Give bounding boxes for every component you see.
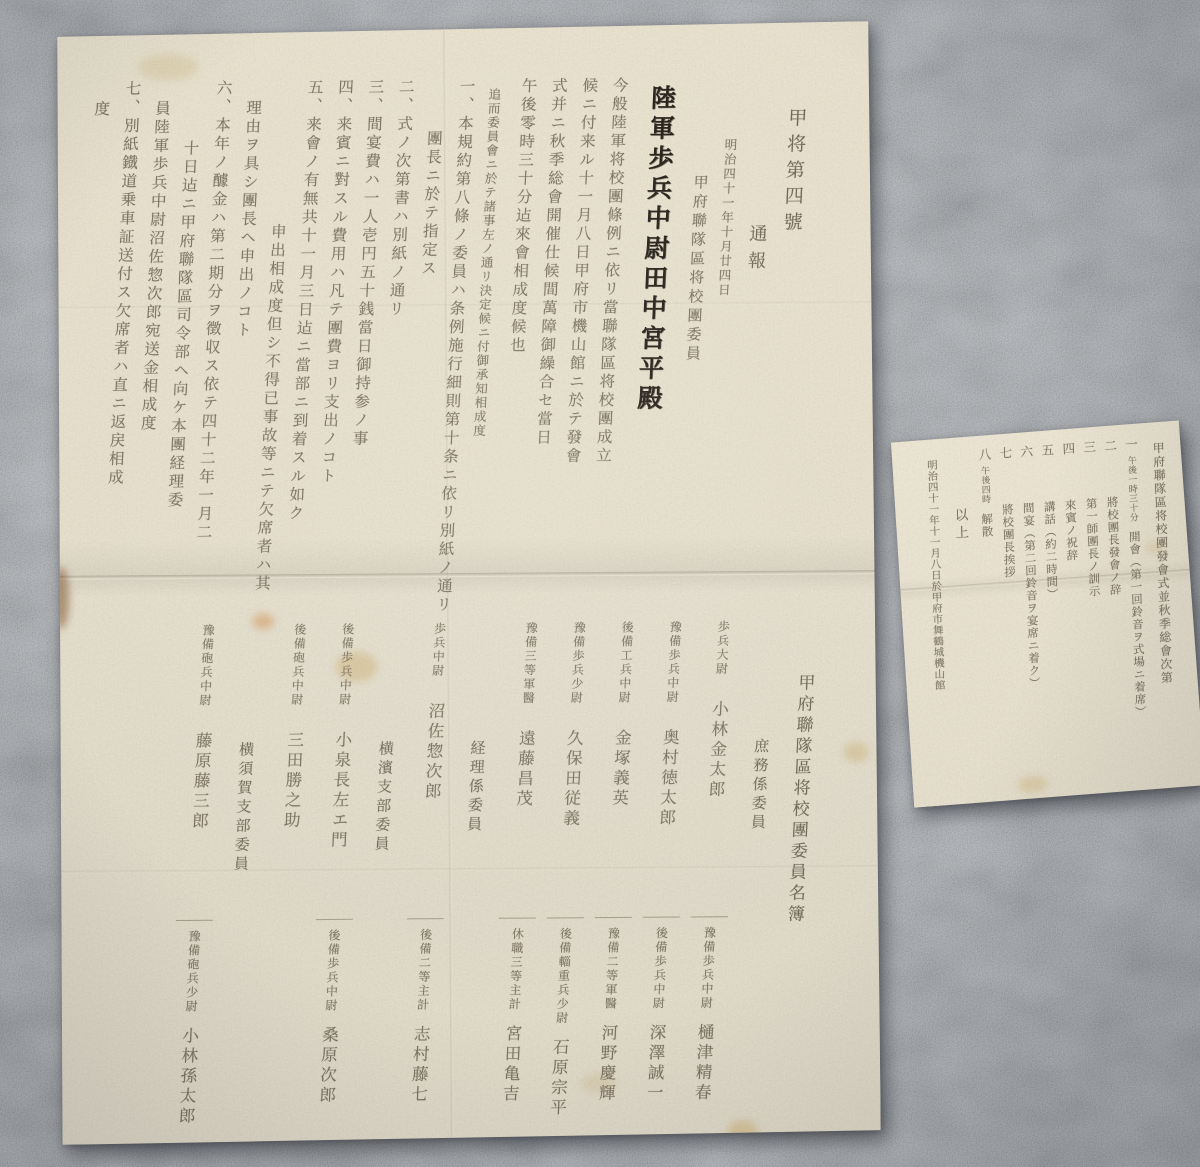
roster-entry: 後備砲兵中尉 三田勝之助 [267, 623, 317, 919]
member-name: 奥村徳太郎 [655, 729, 679, 829]
large-doc-lower-half: 甲府聯隊區将校團委員名簿 庶務係委員 歩兵大尉 小林金太郎 豫備歩兵中尉 樋津精… [57, 599, 881, 1145]
doc-date: 明治四十一年十月廿四日 [715, 72, 741, 298]
postscript-note: 追而委員會ニ於テ諸事左ノ通リ決定候ニ付御承知相成度 [471, 74, 503, 438]
roster-member: 歩兵中尉 沼佐惣次郎 [407, 622, 457, 918]
member-name: 桑原次郎 [315, 1026, 338, 1106]
item-text: 第一師團長ノ訓示 [1084, 497, 1101, 598]
section-header-accounting: 経理係委員 [464, 622, 492, 835]
item-number: 七 [996, 446, 1014, 460]
roster-member: 後備工兵中尉 金塚義英 [595, 621, 645, 917]
member-rank: 豫備砲兵中尉 [197, 624, 215, 708]
member-rank: 豫備二等軍醫 [602, 927, 620, 1011]
member-name: 沼佐惣次郎 [421, 702, 445, 802]
item-number: 五 [1038, 443, 1056, 457]
member-name: 三田勝之助 [280, 731, 304, 831]
item-text: 將校團長發會ノ辞 [1105, 495, 1122, 596]
roster-member: 歩兵大尉 小林金太郎 [691, 620, 741, 916]
program-item: 二 將校團長發會ノ辞 [1102, 439, 1122, 597]
program-item: 五 講話（約二時間） [1039, 443, 1059, 601]
small-document: 甲府聯隊區将校團發會式並秋季総會次第 一 午後一時三十分 開會（第一回鈴音ヲ式場… [889, 420, 1200, 807]
member-name: 藤原藤三郎 [188, 732, 212, 832]
roster-entry: 歩兵大尉 小林金太郎 豫備歩兵中尉 樋津精春 [682, 620, 741, 1103]
member-rank: 歩兵中尉 [430, 622, 446, 678]
roster-member: 豫備歩兵中尉 奥村徳太郎 [643, 620, 693, 916]
item-5-cont2: 理由ヲ具シ團長ヘ申出ノコト [232, 75, 263, 340]
program-closing: 以上 [948, 449, 968, 543]
roster-entry: 後備歩兵中尉 小泉長左エ門 後備歩兵中尉 桑原次郎 [307, 623, 366, 1106]
doc-addressee: 陸軍歩兵中尉田中宮平殿 [631, 73, 679, 415]
program-item: 一 午後一時三十分 開會（第一回鈴音ヲ式場ニ着席） [1123, 437, 1148, 719]
item-2: 二、式ノ次第書ハ別紙ノ通リ [385, 74, 415, 319]
doc-sender: 甲府聯隊區将校團委員 [683, 72, 715, 364]
member-name: 小林金太郎 [705, 700, 729, 800]
large-doc-upper-half: 甲将第四號 通報 明治四十一年十月廿四日 甲府聯隊區将校團委員 陸軍歩兵中尉田中… [53, 43, 877, 622]
roster-member: 豫備二等軍醫 河野慶輝 [586, 917, 631, 1104]
item-text: 開會（第一回鈴音ヲ式場ニ着席） [1127, 530, 1147, 718]
member-rank: 後備歩兵中尉 [650, 927, 668, 1011]
roster-entry: 豫備砲兵中尉 藤原藤三郎 豫備砲兵少尉 小林孫太郎 [166, 624, 226, 1127]
member-name: 志村藤七 [407, 1025, 430, 1105]
program-title: 甲府聯隊區将校團發會式並秋季総會次第 [1150, 435, 1174, 685]
item-text: 間宴（第二回鈴音ヲ宴席ニ着ク） [1021, 501, 1041, 689]
member-rank: 後備砲兵中尉 [289, 623, 307, 707]
member-name: 樋津精春 [691, 1023, 714, 1103]
item-number: 六 [1017, 444, 1035, 458]
member-rank: 後備輜重兵少尉 [554, 927, 572, 1025]
member-name: 宮田亀吉 [499, 1025, 522, 1105]
item-number: 二 [1100, 439, 1118, 453]
program-item: 七 將校團長挨拶 [997, 446, 1017, 579]
member-rank: 後備工兵中尉 [616, 621, 634, 705]
member-name: 小泉長左エ門 [327, 731, 352, 851]
member-rank: 休職三等主計 [506, 928, 524, 1012]
item-number: 八 [975, 447, 993, 461]
roster-member: 後備二等主計 志村藤七 [399, 918, 444, 1105]
body-column: 今般陸軍将校團條例ニ依リ當聯隊區将校團成立 [592, 73, 629, 466]
item-number: 四 [1059, 442, 1077, 456]
item-number: 三 [1080, 440, 1098, 454]
member-rank: 後備二等主計 [414, 928, 432, 1012]
large-document: 甲将第四號 通報 明治四十一年十月廿四日 甲府聯隊區将校團委員 陸軍歩兵中尉田中… [53, 21, 881, 1145]
section-header-general-affairs: 庶務係委員 [748, 620, 776, 833]
item-text: 解散 [979, 512, 994, 538]
member-rank: 豫備三等軍醫 [520, 622, 538, 706]
roster-text-block: 甲府聯隊區将校團委員名簿 庶務係委員 歩兵大尉 小林金太郎 豫備歩兵中尉 樋津精… [57, 619, 827, 1144]
item-text: 將校團長挨拶 [1000, 503, 1016, 579]
doc-number: 甲将第四號 [778, 72, 809, 238]
member-name: 河野慶輝 [595, 1024, 618, 1104]
item-1-cont: 團長ニ於テ指定ス [417, 74, 446, 278]
program-item: 八 午後四時 解散 [976, 447, 994, 538]
small-document-wrapper: 甲府聯隊區将校團發會式並秋季総會次第 一 午後一時三十分 開會（第一回鈴音ヲ式場… [901, 430, 1193, 798]
item-time: 午後四時 [978, 465, 992, 504]
roster-member: 豫備三等軍醫 遠藤昌茂 [499, 621, 549, 917]
member-name: 小林孫太郎 [175, 1027, 199, 1127]
member-name: 金塚義英 [608, 729, 631, 809]
notice-text-block: 甲将第四號 通報 明治四十一年十月廿四日 甲府聯隊區将校團委員 陸軍歩兵中尉田中… [57, 71, 824, 621]
roster-member: 豫備砲兵中尉 藤原藤三郎 [176, 624, 226, 920]
roster-member: 後備歩兵中尉 深澤誠一 [634, 917, 679, 1104]
body-column: 午後零時三十分迠來會相成度候也 [506, 73, 538, 355]
item-number: 一 [1121, 437, 1139, 451]
member-rank: 豫備砲兵少尉 [183, 930, 201, 1014]
item-text: 講話（約二時間） [1042, 500, 1059, 601]
section-header-yokosuka-branch: 横須賀支部委員 [231, 623, 261, 874]
roster-member: 後備輜重兵少尉 石原宗平 [538, 917, 584, 1118]
program-text-block: 甲府聯隊區将校團發會式並秋季総會次第 一 午後一時三十分 開會（第一回鈴音ヲ式場… [889, 420, 1200, 807]
program-columns: 甲府聯隊區将校團發會式並秋季総會次第 一 午後一時三十分 開會（第一回鈴音ヲ式場… [899, 435, 1181, 808]
member-name: 石原宗平 [546, 1038, 569, 1118]
member-rank: 歩兵大尉 [713, 620, 729, 676]
program-item: 四 來賓ノ祝辞 [1060, 442, 1079, 562]
roster-member: 豫備歩兵中尉 樋津精春 [682, 916, 727, 1103]
roster-member: 後備歩兵中尉 桑原次郎 [307, 919, 352, 1106]
member-rank: 豫備歩兵中尉 [698, 926, 716, 1010]
item-text: 來賓ノ祝辞 [1063, 498, 1079, 561]
section-header-yokohama-branch: 横濱支部委員 [371, 622, 400, 854]
member-name: 久保田従義 [559, 729, 583, 829]
roster-entry: 後備工兵中尉 金塚義英 豫備二等軍醫 河野慶輝 [586, 621, 645, 1104]
roster-entry: 豫備三等軍醫 遠藤昌茂 休職三等主計 宮田亀吉 [490, 621, 549, 1104]
roster-member: 後備歩兵中尉 小泉長左エ門 [315, 623, 365, 919]
doc-type: 通報 [743, 72, 775, 278]
program-date-place: 明治四十一年十一月八日於甲府市舞鶴城機山館 [925, 451, 946, 691]
item-3: 三、間宴費ハ一人壱円五十銭當日御持参ノ事 [349, 75, 385, 449]
member-rank: 豫備歩兵中尉 [664, 621, 682, 705]
photo-of-documents: { "scene": { "carpet_color": "#8e959e", … [0, 0, 1200, 1167]
large-document-wrapper: 甲将第四號 通報 明治四十一年十月廿四日 甲府聯隊區将校團委員 陸軍歩兵中尉田中… [57, 24, 877, 1142]
member-rank: 後備歩兵中尉 [337, 623, 355, 707]
item-6-cont2: 員陸軍歩兵中尉沼佐惣次郎宛送金相成度 [137, 76, 173, 433]
roster-member: 後備砲兵中尉 三田勝之助 [267, 623, 317, 919]
member-rank: 豫備歩兵少尉 [568, 621, 586, 705]
roster-entry: 豫備歩兵中尉 奥村徳太郎 後備歩兵中尉 深澤誠一 [634, 620, 693, 1103]
member-name: 遠藤昌茂 [512, 730, 535, 810]
member-name: 深澤誠一 [643, 1024, 666, 1104]
program-item: 三 第一師團長ノ訓示 [1081, 440, 1101, 598]
body-column: 候ニ付来ル十一月八日甲府市機山館ニ於テ發會 [562, 73, 599, 466]
roster-member: 豫備砲兵少尉 小林孫太郎 [166, 920, 212, 1127]
roster-title: 甲府聯隊區将校團委員名簿 [782, 620, 817, 926]
body-column: 式并ニ秋季総會開催仕候間萬障御繰合セ當日 [532, 73, 568, 447]
member-rank: 後備歩兵中尉 [323, 929, 341, 1013]
program-item: 六 間宴（第二回鈴音ヲ宴席ニ着ク） [1018, 445, 1041, 690]
item-7-cont: 度 [90, 76, 111, 119]
roster-member: 休職三等主計 宮田亀吉 [490, 918, 535, 1105]
item-time: 午後一時三十分 [1125, 455, 1140, 522]
roster-entry: 歩兵中尉 沼佐惣次郎 後備二等主計 志村藤七 [399, 622, 458, 1105]
roster-member: 豫備歩兵少尉 久保田従義 [547, 621, 597, 917]
